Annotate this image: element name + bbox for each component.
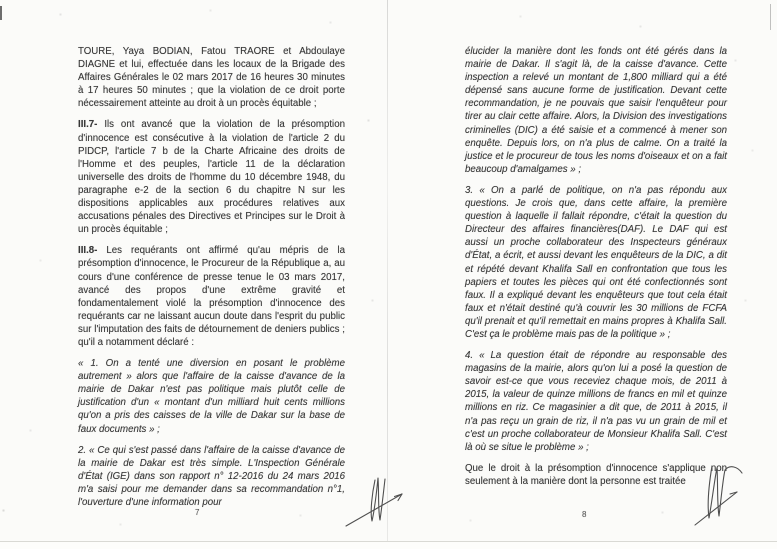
scan-edge-artifact-right	[770, 4, 771, 30]
page-7: TOURE, Yaya BODIAN, Fatou TRAORE et Abdo…	[78, 45, 345, 517]
page-8: élucider la manière dont les fonds ont é…	[465, 45, 727, 496]
paragraph-intro: TOURE, Yaya BODIAN, Fatou TRAORE et Abdo…	[78, 45, 345, 110]
page-number-7: 7	[195, 508, 199, 517]
paragraph-iii8: III.8- Les requérants ont affirmé qu'au …	[78, 244, 345, 349]
section-number-iii8: III.8-	[78, 245, 97, 256]
handwritten-paraph-icon-right	[690, 458, 754, 526]
quote-4: 4. « La question était de répondre au re…	[465, 349, 727, 454]
section-number-iii7: III.7-	[78, 119, 97, 130]
quote-3: 3. « On a parlé de politique, on n'a pas…	[465, 184, 727, 341]
scanner-background-strip	[0, 542, 777, 549]
paraph-arrow-drawing	[690, 458, 754, 526]
handwritten-paraph-icon-left	[336, 464, 408, 528]
quote-2: 2. « Ce qui s'est passé dans l'affaire d…	[78, 444, 345, 509]
scanned-document: TOURE, Yaya BODIAN, Fatou TRAORE et Abdo…	[0, 0, 777, 549]
paragraph-iii8-text: Les requérants ont affirmé qu'au mépris …	[78, 245, 345, 348]
quote-2-continuation: élucider la manière dont les fonds ont é…	[465, 45, 727, 176]
quote-1: « 1. On a tenté une diversion en posant …	[78, 357, 345, 436]
paraph-arrow-drawing	[336, 464, 408, 528]
paragraph-iii7-text: Ils ont avancé que la violation de la pr…	[78, 119, 345, 235]
paragraph-iii7: III.7- Ils ont avancé que la violation d…	[78, 118, 345, 236]
page-number-8: 8	[582, 510, 586, 519]
scan-edge-artifact-top-left	[0, 6, 2, 20]
scan-noise-specks	[0, 0, 1, 1]
paragraph-presumption: Que le droit à la présomption d'innocenc…	[465, 462, 727, 488]
